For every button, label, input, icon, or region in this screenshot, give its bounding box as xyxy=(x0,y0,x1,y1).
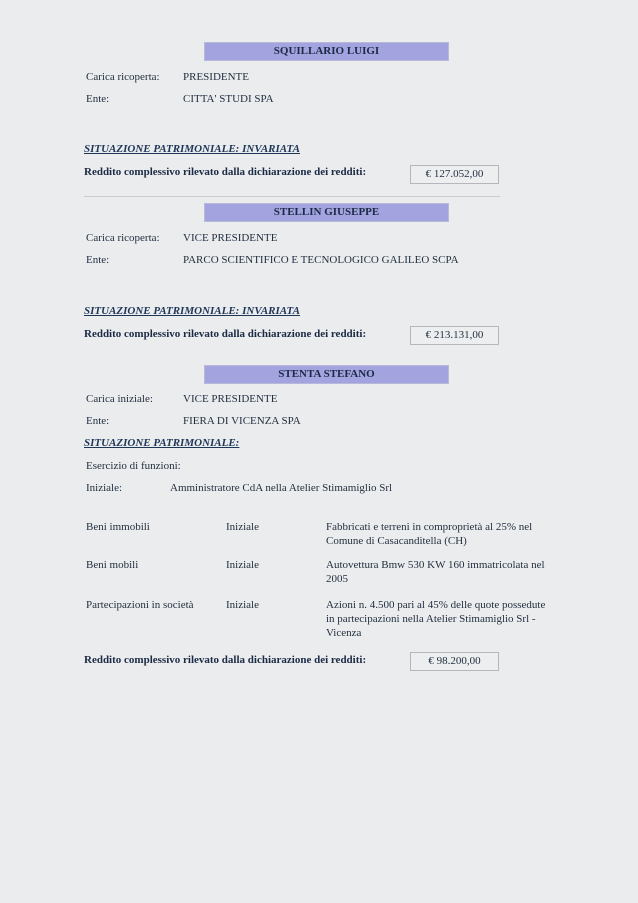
situazione-heading: SITUAZIONE PATRIMONIALE: INVARIATA xyxy=(84,305,300,317)
role-value: VICE PRESIDENTE xyxy=(183,232,277,244)
ente-label: Ente: xyxy=(86,93,109,105)
role-value: PRESIDENTE xyxy=(183,71,249,83)
iniziale-value: Amministratore CdA nella Atelier Stimami… xyxy=(170,482,392,494)
asset-type: Beni immobili xyxy=(86,521,150,533)
asset-status: Iniziale xyxy=(226,521,259,533)
asset-desc-line: Fabbricati e terreni in comproprietà al … xyxy=(326,521,532,533)
asset-status: Iniziale xyxy=(226,599,259,611)
person-name-header: STENTA STEFANO xyxy=(204,365,449,384)
asset-desc-line: Azioni n. 4.500 pari al 45% delle quote … xyxy=(326,599,545,611)
asset-type: Partecipazioni in società xyxy=(86,599,194,611)
role-label: Carica ricoperta: xyxy=(86,71,160,83)
asset-status: Iniziale xyxy=(226,559,259,571)
section-divider xyxy=(84,196,500,197)
person-name-header: STELLIN GIUSEPPE xyxy=(204,203,449,222)
asset-desc-line: Vicenza xyxy=(326,627,361,639)
ente-label: Ente: xyxy=(86,254,109,266)
situazione-heading: SITUAZIONE PATRIMONIALE: xyxy=(84,437,239,449)
asset-desc-line: 2005 xyxy=(326,573,348,585)
iniziale-label: Iniziale: xyxy=(86,482,122,494)
asset-desc-line: Autovettura Bmw 530 KW 160 immatricolata… xyxy=(326,559,545,571)
asset-desc-line: Comune di Casacanditella (CH) xyxy=(326,535,467,547)
role-label: Carica ricoperta: xyxy=(86,232,160,244)
role-label: Carica iniziale: xyxy=(86,393,153,405)
ente-value: FIERA DI VICENZA SPA xyxy=(183,415,301,427)
person-name-header: SQUILLARIO LUIGI xyxy=(204,42,449,61)
reddito-value: € 98.200,00 xyxy=(410,652,499,671)
esercizio-label: Esercizio di funzioni: xyxy=(86,460,181,472)
reddito-label: Reddito complessivo rilevato dalla dichi… xyxy=(84,654,366,666)
reddito-value: € 127.052,00 xyxy=(410,165,499,184)
ente-value: CITTA' STUDI SPA xyxy=(183,93,274,105)
role-value: VICE PRESIDENTE xyxy=(183,393,277,405)
asset-type: Beni mobili xyxy=(86,559,138,571)
asset-desc-line: in partecipazioni nella Atelier Stimamig… xyxy=(326,613,536,625)
reddito-label: Reddito complessivo rilevato dalla dichi… xyxy=(84,328,366,340)
ente-value: PARCO SCIENTIFICO E TECNOLOGICO GALILEO … xyxy=(183,254,459,266)
situazione-heading: SITUAZIONE PATRIMONIALE: INVARIATA xyxy=(84,143,300,155)
reddito-value: € 213.131,00 xyxy=(410,326,499,345)
ente-label: Ente: xyxy=(86,415,109,427)
reddito-label: Reddito complessivo rilevato dalla dichi… xyxy=(84,166,366,178)
